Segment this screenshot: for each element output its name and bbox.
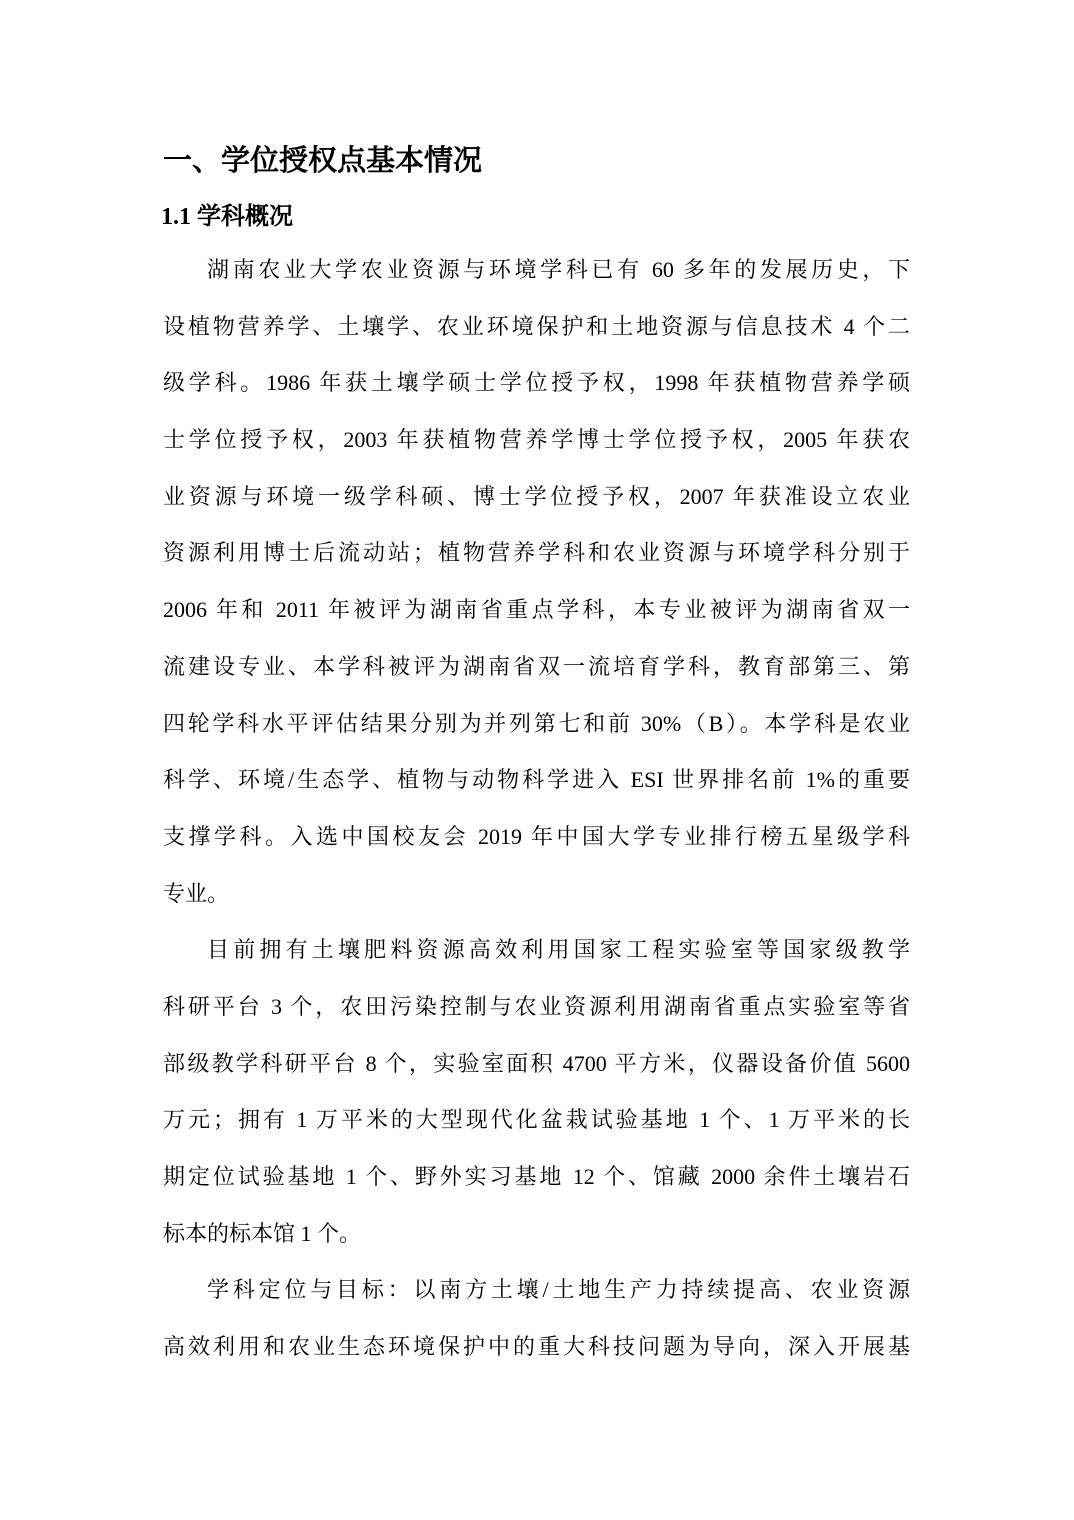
text-line: 目前拥有土壤肥料资源高效利用国家工程实验室等国家级教学 xyxy=(163,922,910,979)
text-line: 支撑学科。入选中国校友会 2019 年中国大学专业排行榜五星级学科 xyxy=(163,809,910,866)
text-line: 资源利用博士后流动站；植物营养学科和农业资源与环境学科分别于 xyxy=(163,525,910,582)
text-line: 2006 年和 2011 年被评为湖南省重点学科，本专业被评为湖南省双一 xyxy=(163,582,910,639)
text-line: 期定位试验基地 1 个、野外实习基地 12 个、馆藏 2000 余件土壤岩石 xyxy=(163,1149,910,1206)
paragraph: 湖南农业大学农业资源与环境学科已有 60 多年的发展历史，下设植物营养学、土壤学… xyxy=(163,242,910,922)
text-line: 业资源与环境一级学科硕、博士学位授予权，2007 年获准设立农业 xyxy=(163,469,910,526)
paragraph: 目前拥有土壤肥料资源高效利用国家工程实验室等国家级教学科研平台 3 个，农田污染… xyxy=(163,922,910,1262)
text-line: 学科定位与目标：以南方土壤/土地生产力持续提高、农业资源 xyxy=(163,1262,910,1319)
text-line: 科学、环境/生态学、植物与动物科学进入 ESI 世界排名前 1%的重要 xyxy=(163,752,910,809)
text-line: 湖南农业大学农业资源与环境学科已有 60 多年的发展历史，下 xyxy=(163,242,910,299)
text-line: 四轮学科水平评估结果分别为并列第七和前 30%（B）。本学科是农业 xyxy=(163,696,910,753)
text-line: 部级教学科研平台 8 个，实验室面积 4700 平方米，仪器设备价值 5600 xyxy=(163,1036,910,1093)
paragraph: 学科定位与目标：以南方土壤/土地生产力持续提高、农业资源高效利用和农业生态环境保… xyxy=(163,1262,910,1375)
text-line: 高效利用和农业生态环境保护中的重大科技问题为导向，深入开展基 xyxy=(163,1319,910,1376)
document-page: 一、学位授权点基本情况 1.1 学科概况 湖南农业大学农业资源与环境学科已有 6… xyxy=(0,0,1074,1520)
text-line: 万元；拥有 1 万平米的大型现代化盆栽试验基地 1 个、1 万平米的长 xyxy=(163,1092,910,1149)
document-body: 湖南农业大学农业资源与环境学科已有 60 多年的发展历史，下设植物营养学、土壤学… xyxy=(163,242,910,1376)
text-line: 设植物营养学、土壤学、农业环境保护和土地资源与信息技术 4 个二 xyxy=(163,299,910,356)
text-line: 科研平台 3 个，农田污染控制与农业资源利用湖南省重点实验室等省 xyxy=(163,979,910,1036)
text-line: 专业。 xyxy=(163,866,910,923)
text-line: 标本的标本馆 1 个。 xyxy=(163,1206,910,1263)
text-line: 士学位授予权，2003 年获植物营养学博士学位授予权，2005 年获农 xyxy=(163,412,910,469)
text-line: 级学科。1986 年获土壤学硕士学位授予权，1998 年获植物营养学硕 xyxy=(163,355,910,412)
text-line: 流建设专业、本学科被评为湖南省双一流培育学科，教育部第三、第 xyxy=(163,639,910,696)
section-heading: 1.1 学科概况 xyxy=(161,196,908,231)
document-title: 一、学位授权点基本情况 xyxy=(163,138,910,179)
